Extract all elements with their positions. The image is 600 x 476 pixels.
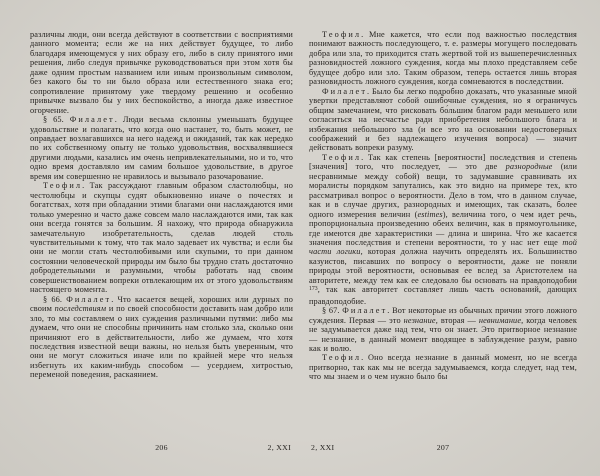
speaker-name: Филалет — [322, 87, 367, 96]
page-number: 207 — [309, 443, 577, 452]
speaker-name: Филалет — [70, 115, 115, 124]
footnote-ref: 173 — [309, 286, 318, 292]
paragraph: различны люди, они всегда действуют в со… — [30, 30, 293, 115]
text-run: . Люди весьма склонны уменьшать будущее … — [30, 115, 293, 181]
text-run: § 65. — [43, 115, 70, 124]
text-run: . Так рассуждают главным образом сластол… — [30, 181, 293, 294]
text-run: , вторая — — [436, 316, 479, 325]
text-run: различны люди, они всегда действуют в со… — [30, 30, 293, 115]
speaker-name: Теофил — [43, 181, 82, 190]
page-right-text: Теофил. Мне кажется, что если под важнос… — [309, 30, 577, 382]
emphasized-text: незнание — [404, 316, 436, 325]
paragraph: Филалет. Было бы легко подробно доказать… — [309, 87, 577, 153]
emphasized-text: estimes — [417, 210, 442, 219]
emphasized-text: невнимание — [479, 316, 521, 325]
paragraph: Теофил. Оно всегда незнание в данный мом… — [309, 353, 577, 381]
scanned-book-spread: { "document": { "kind": "scanned book sp… — [0, 0, 600, 476]
chapter-marker: 2, XXI — [268, 443, 291, 452]
page-right-footer: 2, XXI 207 — [309, 443, 577, 455]
paragraph: Теофил. Мне кажется, что если под важнос… — [309, 30, 577, 87]
paragraph: § 66. Филалет. Что касается вещей, хорош… — [30, 295, 293, 380]
paragraph: Теофил. Так как степень [вероятности] по… — [309, 153, 577, 306]
paragraph: Теофил. Так рассуждают главным образом с… — [30, 181, 293, 294]
page-left-text: различны люди, они всегда действуют в со… — [30, 30, 293, 380]
text-run: § 67. — [322, 306, 342, 315]
text-run: . Было бы легко подробно доказать, что у… — [309, 87, 577, 153]
paragraph: § 65. Филалет. Люди весьма склонны умень… — [30, 115, 293, 181]
text-run: , так как авторитет составляет лишь част… — [309, 285, 577, 305]
emphasized-text: последствиям — [55, 304, 107, 313]
speaker-name: Теофил — [322, 30, 361, 39]
page-left-footer: 206 2, XXI — [30, 443, 293, 455]
emphasized-text: разнородные — [506, 162, 553, 171]
speaker-name: Теофил — [322, 153, 361, 162]
text-run: § 66. — [43, 295, 66, 304]
speaker-name: Филалет — [66, 295, 111, 304]
speaker-name: Филалет — [342, 306, 387, 315]
page-number: 206 — [30, 443, 293, 452]
text-run: и по своей способности доставить нам доб… — [30, 304, 293, 379]
paragraph: § 67. Филалет. Вот некоторые из обычных … — [309, 306, 577, 353]
speaker-name: Теофил — [322, 353, 361, 362]
